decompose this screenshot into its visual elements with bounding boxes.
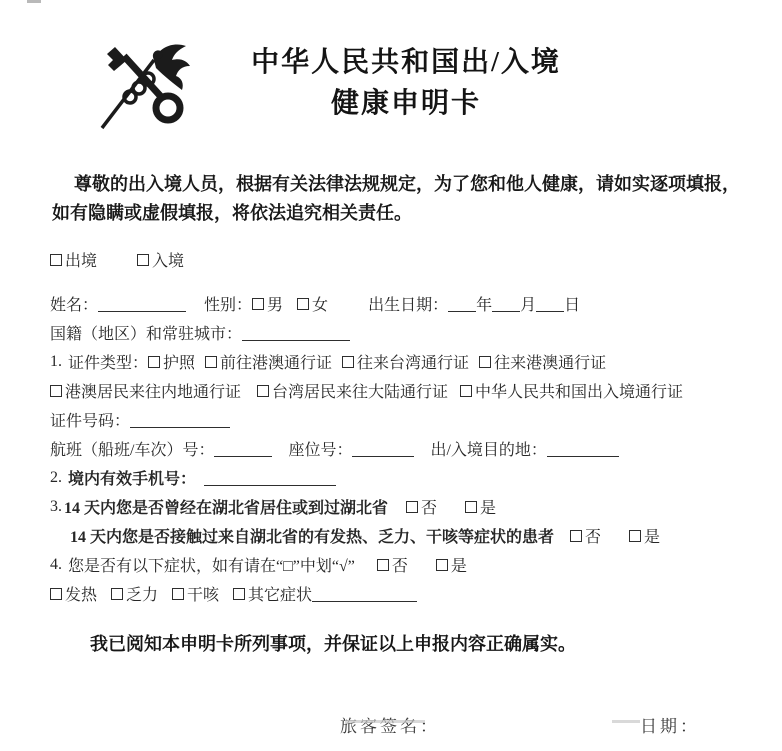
doc-passport-label: 护照: [163, 350, 195, 373]
q3-2-no-checkbox[interactable]: [570, 530, 582, 542]
symptom-fever-label: 发热: [65, 582, 97, 605]
flight-seat-destination-row: 航班（船班/车次）号： 座位号： 出/入境目的地：: [0, 434, 782, 463]
q4-no-checkbox[interactable]: [377, 559, 389, 571]
entry-checkbox[interactable]: [137, 254, 149, 266]
date-label: 日期：: [640, 712, 700, 737]
q3-1-no-label: 否: [421, 495, 437, 518]
name-field[interactable]: [98, 295, 186, 312]
nationality-label: 国籍（地区）和常驻城市：: [50, 321, 242, 344]
q4-question: 您是否有以下症状，如有请在“□”中划“√”: [68, 553, 355, 576]
form-title-line1: 中华人民共和国出/入境: [30, 42, 782, 83]
mobile-label: 境内有效手机号：: [68, 466, 196, 489]
q4-number: 4.: [50, 556, 62, 574]
q4-yes-option[interactable]: 是: [436, 553, 467, 576]
checkbox-hkmo-exit-permit[interactable]: [205, 356, 217, 368]
q3-1-yes-label: 是: [480, 495, 496, 518]
q4-yes-checkbox[interactable]: [436, 559, 448, 571]
symptom-dry-cough-checkbox[interactable]: [172, 588, 184, 600]
destination-field[interactable]: [547, 440, 619, 457]
birth-month-field[interactable]: [492, 295, 520, 312]
symptom-fever-checkbox[interactable]: [50, 588, 62, 600]
q3-1-yes-option[interactable]: 是: [465, 495, 496, 518]
doc-taiwan-resident-permit-label: 台湾居民来往大陆通行证: [272, 379, 448, 402]
q3-2-yes-checkbox[interactable]: [629, 530, 641, 542]
symptom-fatigue-option[interactable]: 乏力: [111, 582, 158, 605]
q4-yes-label: 是: [451, 553, 467, 576]
month-label: 月: [520, 292, 536, 315]
exit-label: 出境: [65, 248, 97, 271]
gender-male-checkbox[interactable]: [252, 298, 264, 310]
q3-1-no-checkbox[interactable]: [406, 501, 418, 513]
symptom-dry-cough-label: 干咳: [187, 582, 219, 605]
form-header: 中华人民共和国出/入境 健康申明卡: [0, 0, 782, 126]
symptoms-checkbox-row: 发热 乏力 干咳 其它症状: [0, 579, 782, 608]
doc-taiwan-travel-permit-label: 往来台湾通行证: [357, 350, 469, 373]
exit-checkbox[interactable]: [50, 254, 62, 266]
notice-paragraph: 尊敬的出入境人员，根据有关法律法规规定，为了您和他人健康，请如实逐项填报，如有隐…: [52, 170, 742, 228]
doc-hkmo-exit-permit-option[interactable]: 前往港澳通行证: [205, 350, 332, 373]
q3-hubei-contact-row: 14 天内您是否接触过来自湖北省的有发热、乏力、干咳等症状的患者 否 是: [0, 521, 782, 550]
doc-hkmo-travel-permit-option[interactable]: 往来港澳通行证: [479, 350, 606, 373]
q3-2-yes-label: 是: [644, 524, 660, 547]
id-number-label: 证件号码：: [50, 408, 130, 431]
gender-female-label: 女: [312, 292, 328, 315]
checkbox-hkmo-travel-permit[interactable]: [479, 356, 491, 368]
birth-day-field[interactable]: [536, 295, 564, 312]
id-number-field[interactable]: [130, 411, 230, 428]
checkbox-taiwan-travel-permit[interactable]: [342, 356, 354, 368]
doc-type-row2: 港澳居民来往内地通行证 台湾居民来往大陆通行证 中华人民共和国出入境通行证: [0, 376, 782, 405]
q3-2-no-label: 否: [585, 524, 601, 547]
direction-row: 出境 入境: [0, 245, 782, 274]
destination-label: 出/入境目的地：: [430, 437, 546, 460]
q2-number: 2.: [50, 469, 62, 487]
q3-number: 3.: [50, 498, 62, 516]
gender-female-option[interactable]: 女: [297, 292, 328, 315]
name-gender-birth-row: 姓名： 性别： 男 女 出生日期： 年 月 日: [0, 289, 782, 318]
flight-label: 航班（船班/车次）号：: [50, 437, 214, 460]
doc-hkmo-resident-permit-option[interactable]: 港澳居民来往内地通行证: [50, 379, 241, 402]
checkbox-passport[interactable]: [148, 356, 160, 368]
q3-1-yes-checkbox[interactable]: [465, 501, 477, 513]
q4-symptoms-question-row: 4. 您是否有以下症状，如有请在“□”中划“√” 否 是: [0, 550, 782, 579]
nationality-city-field[interactable]: [242, 324, 350, 341]
symptom-fatigue-label: 乏力: [126, 582, 158, 605]
symptom-other-checkbox[interactable]: [233, 588, 245, 600]
q4-no-label: 否: [392, 553, 408, 576]
other-symptom-field[interactable]: [312, 585, 417, 602]
seat-label: 座位号：: [288, 437, 352, 460]
q3-hubei-stay-row: 3. 14 天内您是否曾经在湖北省居住或到过湖北省 否 是: [0, 492, 782, 521]
doc-type-label: 证件类型：: [68, 350, 148, 373]
checkbox-prc-exit-entry-permit[interactable]: [460, 385, 472, 397]
birthdate-label: 出生日期：: [368, 292, 448, 315]
doc-prc-exit-entry-permit-label: 中华人民共和国出入境通行证: [475, 379, 683, 402]
symptom-other-label: 其它症状: [248, 582, 312, 605]
doc-taiwan-travel-permit-option[interactable]: 往来台湾通行证: [342, 350, 469, 373]
gender-female-checkbox[interactable]: [297, 298, 309, 310]
doc-hkmo-travel-permit-label: 往来港澳通行证: [494, 350, 606, 373]
form-title-line2: 健康申明卡: [30, 83, 782, 124]
symptom-dry-cough-option[interactable]: 干咳: [172, 582, 219, 605]
q3-2-yes-option[interactable]: 是: [629, 524, 660, 547]
q4-no-option[interactable]: 否: [377, 553, 408, 576]
year-label: 年: [476, 292, 492, 315]
birth-year-field[interactable]: [448, 295, 476, 312]
gender-male-option[interactable]: 男: [252, 292, 283, 315]
mobile-number-field[interactable]: [204, 469, 336, 486]
q1-number: 1.: [50, 353, 62, 371]
scan-smudge: [345, 720, 425, 723]
q3-question2: 14 天内您是否接触过来自湖北省的有发热、乏力、干咳等症状的患者: [70, 524, 554, 547]
exit-option[interactable]: 出境: [50, 248, 97, 271]
scan-smudge: [612, 720, 640, 723]
checkbox-taiwan-resident-permit[interactable]: [257, 385, 269, 397]
day-label: 日: [564, 292, 580, 315]
q3-question1: 14 天内您是否曾经在湖北省居住或到过湖北省: [64, 495, 388, 518]
mobile-row: 2. 境内有效手机号：: [0, 463, 782, 492]
form-title: 中华人民共和国出/入境 健康申明卡: [0, 42, 782, 124]
passenger-signature-label: 旅客签名：: [340, 712, 440, 737]
doc-type-row1: 1. 证件类型： 护照 前往港澳通行证 往来台湾通行证 往来港澳通行证: [0, 347, 782, 376]
q3-2-no-option[interactable]: 否: [570, 524, 601, 547]
symptom-fever-option[interactable]: 发热: [50, 582, 97, 605]
signature-row: 旅客签名： 日期：: [0, 712, 782, 737]
doc-passport-option[interactable]: 护照: [148, 350, 195, 373]
entry-option[interactable]: 入境: [137, 248, 184, 271]
symptom-fatigue-checkbox[interactable]: [111, 588, 123, 600]
doc-hkmo-exit-permit-label: 前往港澳通行证: [220, 350, 332, 373]
doc-taiwan-resident-permit-option[interactable]: 台湾居民来往大陆通行证: [257, 379, 448, 402]
gender-label: 性别：: [204, 292, 252, 315]
entry-label: 入境: [152, 248, 184, 271]
checkbox-hkmo-resident-permit[interactable]: [50, 385, 62, 397]
declaration-statement: 我已阅知本申明卡所列事项，并保证以上申报内容正确属实。: [0, 630, 782, 656]
symptom-other-option[interactable]: 其它症状: [233, 582, 312, 605]
name-label: 姓名：: [50, 292, 98, 315]
gender-male-label: 男: [267, 292, 283, 315]
seat-number-field[interactable]: [352, 440, 414, 457]
health-declaration-card: 中华人民共和国出/入境 健康申明卡 尊敬的出入境人员，根据有关法律法规规定，为了…: [0, 0, 782, 751]
q3-1-no-option[interactable]: 否: [406, 495, 437, 518]
doc-prc-exit-entry-permit-option[interactable]: 中华人民共和国出入境通行证: [460, 379, 683, 402]
flight-number-field[interactable]: [214, 440, 272, 457]
id-number-row: 证件号码：: [0, 405, 782, 434]
doc-hkmo-resident-permit-label: 港澳居民来往内地通行证: [65, 379, 241, 402]
nationality-row: 国籍（地区）和常驻城市：: [0, 318, 782, 347]
